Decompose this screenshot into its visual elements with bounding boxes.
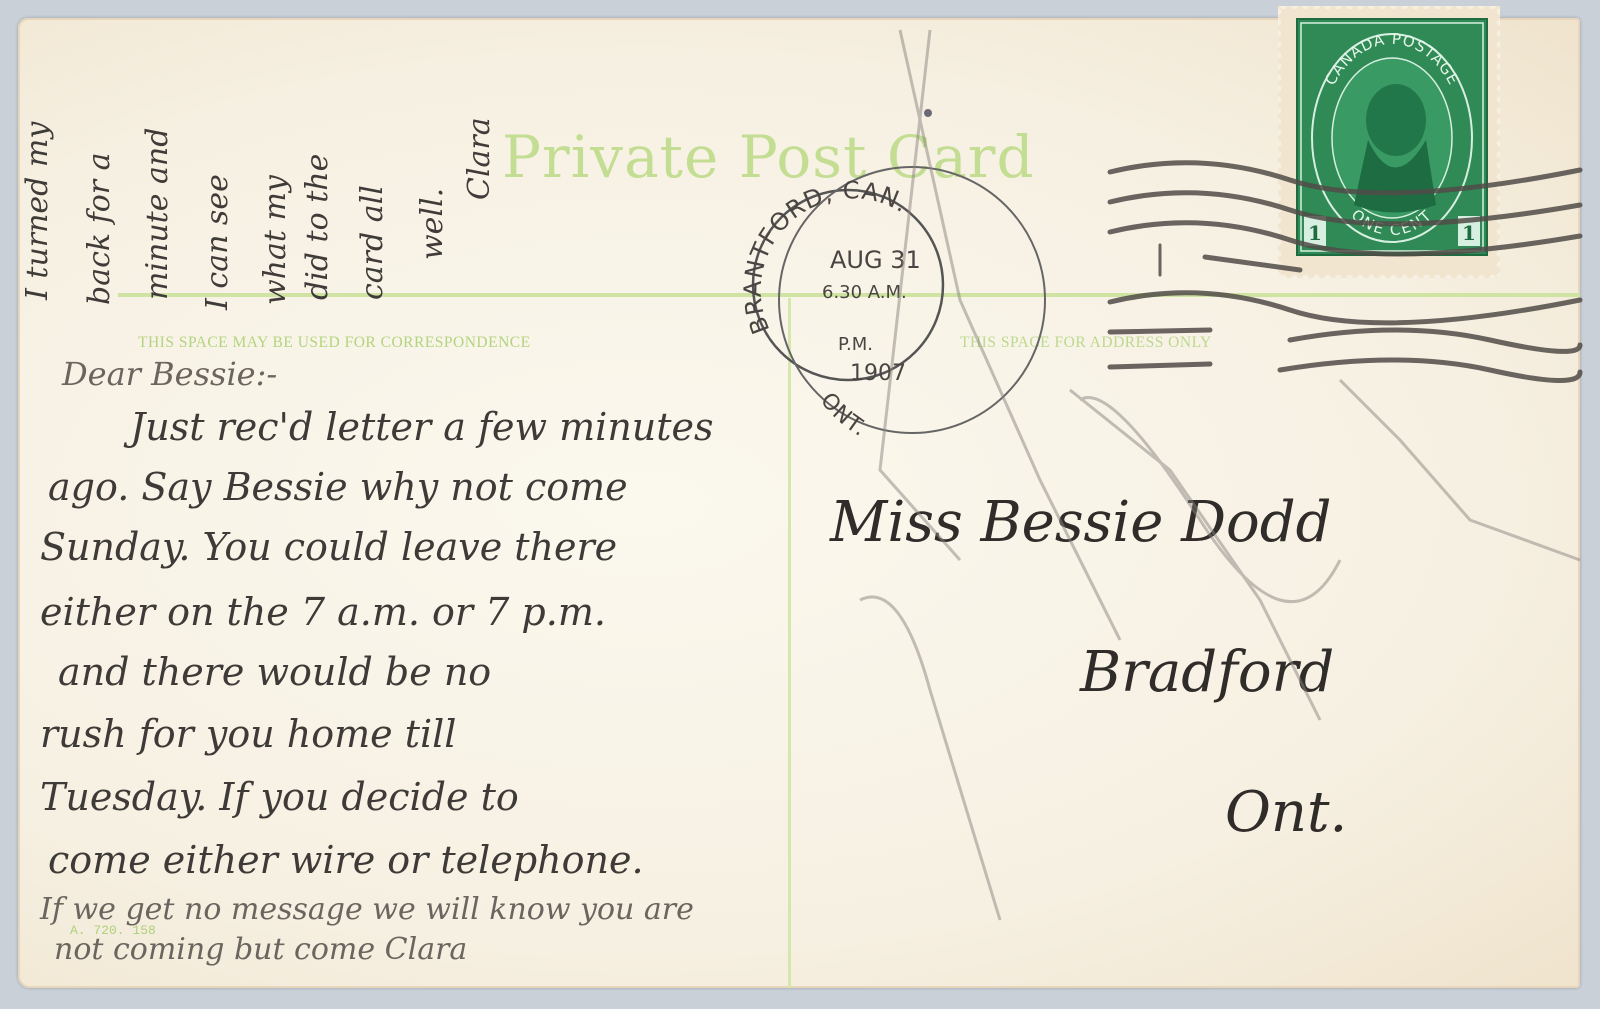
message-line: either on the 7 a.m. or 7 p.m. — [40, 590, 606, 634]
stamp-perforation — [1278, 6, 1500, 278]
vertical-line: I turned my — [20, 122, 55, 300]
message-line: come either wire or telephone. — [48, 838, 644, 882]
message-line: and there would be no — [58, 650, 491, 694]
message-line: Just rec'd letter a few minutes — [130, 405, 714, 449]
vertical-line: minute and — [140, 128, 175, 300]
postage-stamp: CANADA POSTAGE ONE CENT 1 1 — [1278, 6, 1500, 278]
recipient-province: Ont. — [1225, 780, 1347, 845]
vertical-line: well. — [415, 188, 450, 260]
address-label: THIS SPACE FOR ADDRESS ONLY — [960, 334, 1212, 352]
vertical-line: what my — [258, 175, 293, 305]
vertical-line: card all — [355, 185, 390, 300]
message-line: Sunday. You could leave there — [40, 525, 617, 569]
message-line: not coming but come Clara — [54, 932, 467, 967]
recipient-city: Bradford — [1080, 640, 1334, 705]
postcard-title: Private Post Card — [502, 123, 1035, 191]
center-divider — [788, 298, 791, 988]
message-line: If we get no message we will know you ar… — [40, 892, 694, 927]
vertical-line: I can see — [200, 174, 235, 310]
vertical-line: did to the — [300, 154, 335, 300]
vertical-signature: Clara — [462, 117, 497, 200]
header-rule — [118, 293, 1580, 297]
vertical-line: back for a — [82, 152, 117, 305]
message-line: Tuesday. If you decide to — [40, 775, 519, 819]
message-line: rush for you home till — [40, 712, 456, 756]
message-line: ago. Say Bessie why not come — [48, 465, 628, 509]
greeting: Dear Bessie:- — [62, 355, 277, 393]
correspondence-label: THIS SPACE MAY BE USED FOR CORRESPONDENC… — [138, 334, 531, 352]
recipient-name: Miss Bessie Dodd — [830, 490, 1331, 555]
